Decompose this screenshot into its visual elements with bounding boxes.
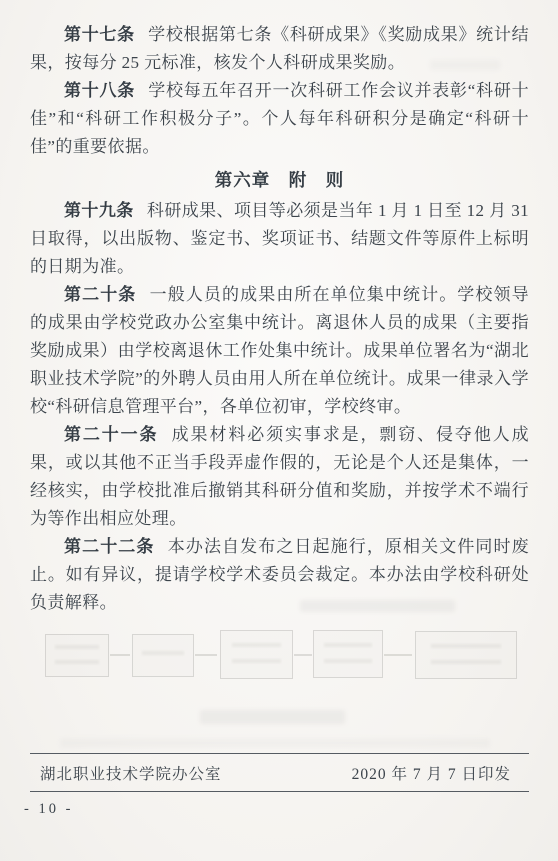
ghost-flowchart-connector xyxy=(110,654,130,656)
footer-print-date: 2020 年 7 月 7 日印发 xyxy=(352,762,527,784)
footer-rule-bottom xyxy=(30,791,529,792)
article-20-text: 一般人员的成果由所在单位集中统计。学校领导的成果由学校党政办公室集中统计。离退休… xyxy=(30,285,529,416)
ghost-flowchart-box xyxy=(45,634,109,677)
article-18: 第十八条学校每五年召开一次科研工作会议并表彰“科研十佳”和“科研工作积极分子”。… xyxy=(30,77,529,161)
ghost-flowchart-connector xyxy=(384,654,412,656)
ghost-flowchart-box xyxy=(220,630,293,679)
article-18-number: 第十八条 xyxy=(64,81,135,100)
ghost-flowchart-box xyxy=(313,630,383,678)
ghost-flowchart-connector xyxy=(195,654,217,656)
ghost-flowchart-box xyxy=(415,631,517,679)
article-21: 第二十一条成果材料必须实事求是，剽窃、侵夺他人成果，或以其他不正当手段弄虚作假的… xyxy=(30,421,529,533)
ghost-flowchart-box xyxy=(132,634,194,677)
bleedthrough-artifact xyxy=(60,738,490,748)
document-body: 第十七条学校根据第七条《科研成果》《奖励成果》统计结果，按每分 25 元标准，核… xyxy=(30,21,529,617)
footer-issuer: 湖北职业技术学院办公室 xyxy=(32,762,222,784)
page-number: - 10 - xyxy=(24,801,73,818)
article-19-number: 第十九条 xyxy=(64,201,134,220)
footer-rule-top xyxy=(30,753,529,754)
article-17-number: 第十七条 xyxy=(64,25,135,44)
article-21-number: 第二十一条 xyxy=(64,425,158,444)
ghost-flowchart xyxy=(30,628,529,678)
chapter-heading: 第六章 附 则 xyxy=(30,166,529,194)
article-19: 第十九条科研成果、项目等必须是当年 1 月 1 日至 12 月 31 日取得，以… xyxy=(30,197,529,281)
bleedthrough-artifact xyxy=(200,710,345,724)
article-20: 第二十条一般人员的成果由所在单位集中统计。学校领导的成果由学校党政办公室集中统计… xyxy=(30,281,529,421)
article-22-number: 第二十二条 xyxy=(64,537,155,556)
bleedthrough-artifact xyxy=(430,60,500,70)
ghost-flowchart-connector xyxy=(294,654,312,656)
bleedthrough-artifact xyxy=(300,600,455,612)
footer: 湖北职业技术学院办公室 2020 年 7 月 7 日印发 xyxy=(30,758,529,788)
article-20-number: 第二十条 xyxy=(64,285,136,304)
